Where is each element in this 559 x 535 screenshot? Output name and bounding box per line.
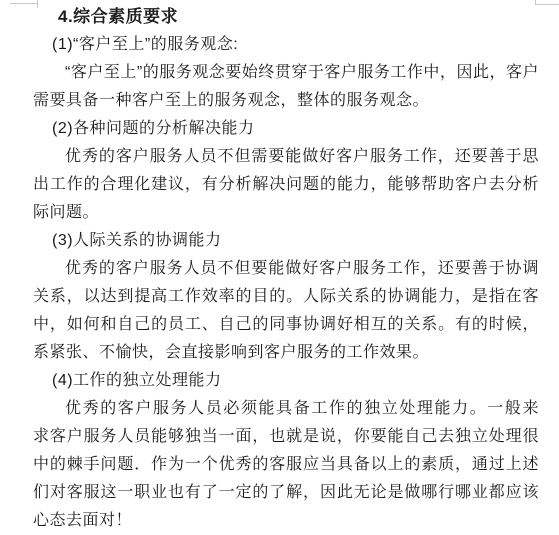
paragraph-line: 中的棘手问题．作为一个优秀的客服应当具备以上的素质，通过上述的内容，我 [33, 451, 539, 479]
list-item-line: (1)“客户至上”的服务观念: [33, 31, 539, 59]
paragraph-line: 系紧张、不愉快，会直接影响到客户服务的工作效果。 [33, 339, 539, 367]
paragraph-line: “客户至上”的服务观念要始终贯穿于客户服务工作中，因此，客户服务人员 [33, 59, 539, 87]
paragraph-line: 关系，以达到提高工作效率的目的。人际关系的协调能力，是指在客户服务部门 [33, 283, 539, 311]
list-item-line: (2)各种问题的分析解决能力 [33, 115, 539, 143]
document-body: 4.综合素质要求 (1)“客户至上”的服务观念: “客户至上”的服务观念要始终贯… [33, 3, 539, 535]
paragraph-line: 心态去面对！ [33, 507, 539, 535]
paragraph-line: 优秀的客户服务人员不但需要能做好客户服务工作，还要善于思考，能够提 [33, 143, 539, 171]
paragraph-line: 出工作的合理化建议，有分析解决问题的能力，能够帮助客户去分析解决一些实 [33, 171, 539, 199]
paragraph-line: 中，如何和自己的员工、自己的同事协调好相互的关系。有的时候，同事之间关 [33, 311, 539, 339]
paragraph-line: 优秀的客户服务人员不但要能做好客户服务工作，还要善于协调同事之间的 [33, 255, 539, 283]
list-item-line: (4)工作的独立处理能力 [33, 367, 539, 395]
paragraph-line: 需要具备一种客户至上的服务观念，整体的服务观念。 [33, 87, 539, 115]
paragraph-line: 们对客服这一职业也有了一定的了解，因此无论是做哪行哪业都应该秉着正确的 [33, 479, 539, 507]
paragraph-line: 求客户服务人员能够独当一面，也就是说，你要能自己去独立处理很多客户服务 [33, 423, 539, 451]
list-item-line: (3)人际关系的协调能力 [33, 227, 539, 255]
paragraph-line: 优秀的客户服务人员必须能具备工作的独立处理能力。一般来说，企业都要 [33, 395, 539, 423]
section-heading: 4.综合素质要求 [33, 3, 539, 31]
paragraph-line: 际问题。 [33, 199, 539, 227]
document-page: 4.综合素质要求 (1)“客户至上”的服务观念: “客户至上”的服务观念要始终贯… [0, 0, 559, 535]
